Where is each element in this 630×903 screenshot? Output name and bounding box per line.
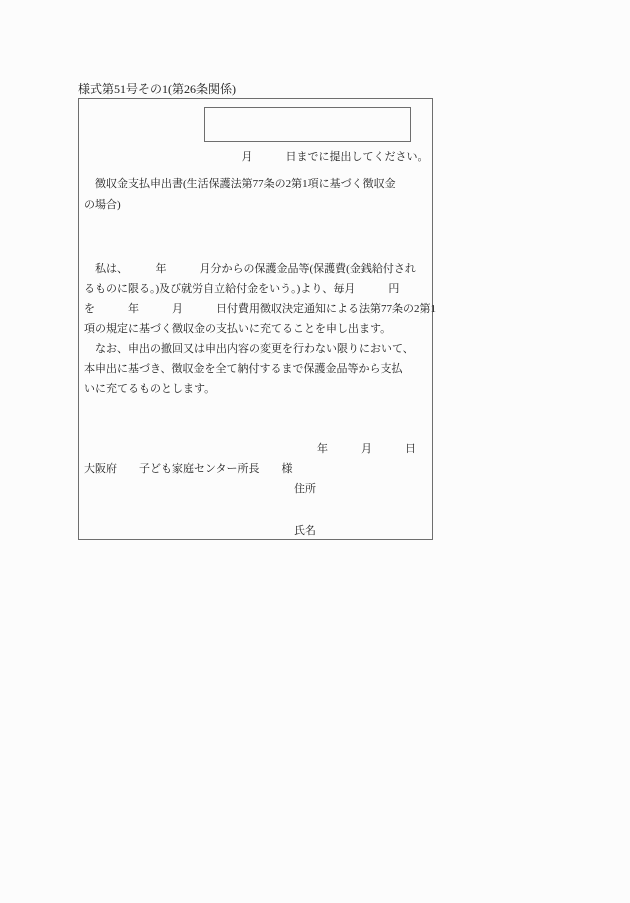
document-page: 様式第51号その1(第26条関係) 月 日までに提出してください。 徴収金支払申…: [0, 0, 630, 903]
form-border-box: 月 日までに提出してください。 徴収金支払申出書(生活保護法第77条の2第1項に…: [78, 98, 433, 540]
addressee-line: 大阪府 子ども家庭センター所長 様: [84, 460, 293, 476]
form-title: 徴収金支払申出書(生活保護法第77条の2第1項に基づく徴収金 の場合): [84, 174, 429, 216]
submission-deadline-text: 月 日までに提出してください。: [242, 151, 429, 163]
form-number-label: 様式第51号その1(第26条関係): [78, 80, 236, 97]
name-label: 氏名: [294, 522, 316, 538]
submission-deadline-box: 月 日までに提出してください。: [204, 107, 411, 142]
date-line: 年 月 日: [317, 440, 416, 456]
body-paragraph: 私は、 年 月分からの保護金品等(保護費(金銭給付され るものに限る。)及び就労…: [84, 259, 429, 399]
address-label: 住所: [294, 480, 316, 496]
